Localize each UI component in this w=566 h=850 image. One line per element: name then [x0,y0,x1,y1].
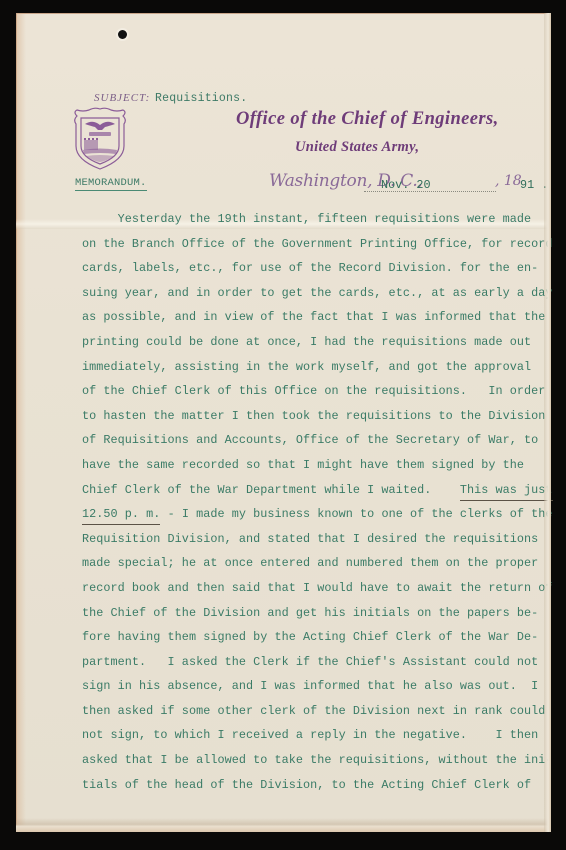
body-line: Requisition Division, and stated that I … [82,527,542,552]
body-line: then asked if some other clerk of the Di… [82,699,542,724]
body-line: have the same recorded so that I might h… [82,453,542,478]
body-text: Chief Clerk of the War Department while … [82,483,431,497]
body-line: of the Chief Clerk of this Office on the… [82,379,542,404]
body-line: fore having them signed by the Acting Ch… [82,625,542,650]
body-text: - I made my business known to one of the… [160,507,552,521]
body-line: Yesterday the 19th instant, fifteen requ… [82,207,542,232]
body-line: immediately, assisting in the work mysel… [82,355,542,380]
body-line: suing year, and in order to get the card… [82,281,542,306]
letterhead-title: Office of the Chief of Engineers, [236,109,499,130]
punch-hole [118,30,127,39]
body-line: asked that I be allowed to take the requ… [82,748,542,773]
body-line: on the Branch Office of the Government P… [82,232,542,257]
document-page: SUBJECT: Requisitions. Office of the Chi… [16,13,551,832]
body-line: to hasten the matter I then took the req… [82,404,542,429]
body-line: not sign, to which I received a reply in… [82,723,542,748]
body-line: the Chief of the Division and get his in… [82,601,542,626]
body-line: tials of the head of the Division, to th… [82,773,542,798]
body-line: of Requisitions and Accounts, Office of … [82,428,542,453]
body-line: sign in his absence, and I was informed … [82,674,542,699]
body-line: printing could be done at once, I had th… [82,330,542,355]
body-line: 12.50 p. m. - I made my business known t… [82,502,542,527]
body-line: Chief Clerk of the War Department while … [82,478,542,503]
memo-body: Yesterday the 19th instant, fifteen requ… [82,207,542,797]
year-suffix: 91 . [520,178,548,192]
page-bottom-edge [16,818,551,832]
underlined-text: This was just [460,483,553,501]
letterhead-subtitle: United States Army, [295,139,419,156]
body-line: as possible, and in view of the fact tha… [82,305,542,330]
body-line: made special; he at once entered and num… [82,551,542,576]
year-prefix: , 18 [495,173,522,189]
date-value: Nov. 20 [381,178,431,192]
army-engineers-seal-icon [69,106,131,172]
body-line: partment. I asked the Clerk if the Chief… [82,650,542,675]
body-line: record book and then said that I would h… [82,576,542,601]
memorandum-label: MEMORANDUM. [75,177,147,191]
underlined-text: 12.50 p. m. [82,507,160,525]
subject-label: SUBJECT: [94,92,150,104]
subject-value: Requisitions. [155,92,247,105]
body-line: cards, labels, etc., for use of the Reco… [82,256,542,281]
